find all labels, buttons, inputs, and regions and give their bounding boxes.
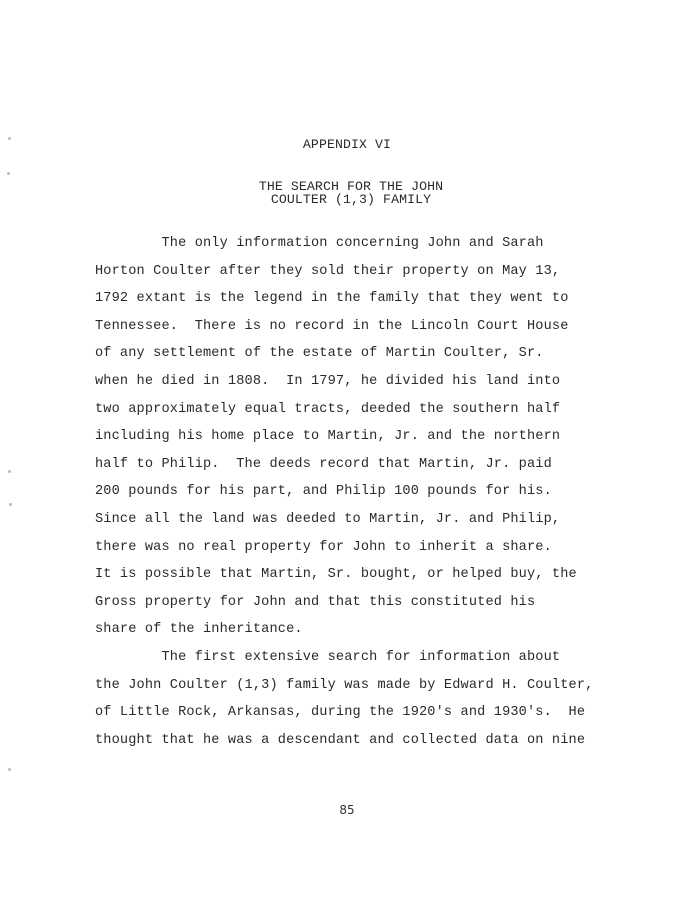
- body-line: Gross property for John and that this co…: [95, 595, 535, 611]
- page-number: 85: [0, 803, 694, 817]
- body-line: Tennessee. There is no record in the Lin…: [95, 319, 569, 335]
- section-title-line-2: COULTER (1,3) FAMILY: [4, 193, 694, 207]
- body-line: of Little Rock, Arkansas, during the 192…: [95, 705, 585, 721]
- scan-speck: [7, 172, 10, 175]
- scan-speck: [8, 137, 11, 140]
- body-line: share of the inheritance.: [95, 622, 303, 638]
- body-line: It is possible that Martin, Sr. bought, …: [95, 567, 577, 583]
- document-page: APPENDIX VI THE SEARCH FOR THE JOHN COUL…: [0, 0, 694, 900]
- body-line: Horton Coulter after they sold their pro…: [95, 264, 560, 280]
- scan-speck: [8, 470, 11, 473]
- body-line: 1792 extant is the legend in the family …: [95, 291, 569, 307]
- appendix-title: APPENDIX VI: [0, 138, 694, 152]
- body-line: The first extensive search for informati…: [95, 650, 560, 666]
- body-line: half to Philip. The deeds record that Ma…: [95, 457, 552, 473]
- body-line: the John Coulter (1,3) family was made b…: [95, 678, 593, 694]
- scan-speck: [8, 768, 11, 771]
- body-line: thought that he was a descendant and col…: [95, 733, 585, 749]
- body-line: The only information concerning John and…: [95, 236, 544, 252]
- body-line: including his home place to Martin, Jr. …: [95, 429, 560, 445]
- body-line: two approximately equal tracts, deeded t…: [95, 402, 560, 418]
- body-line: when he died in 1808. In 1797, he divide…: [95, 374, 560, 390]
- body-line: 200 pounds for his part, and Philip 100 …: [95, 484, 552, 500]
- scan-speck: [9, 503, 12, 506]
- body-line: Since all the land was deeded to Martin,…: [95, 512, 560, 528]
- body-line: of any settlement of the estate of Marti…: [95, 346, 544, 362]
- body-line: there was no real property for John to i…: [95, 540, 552, 556]
